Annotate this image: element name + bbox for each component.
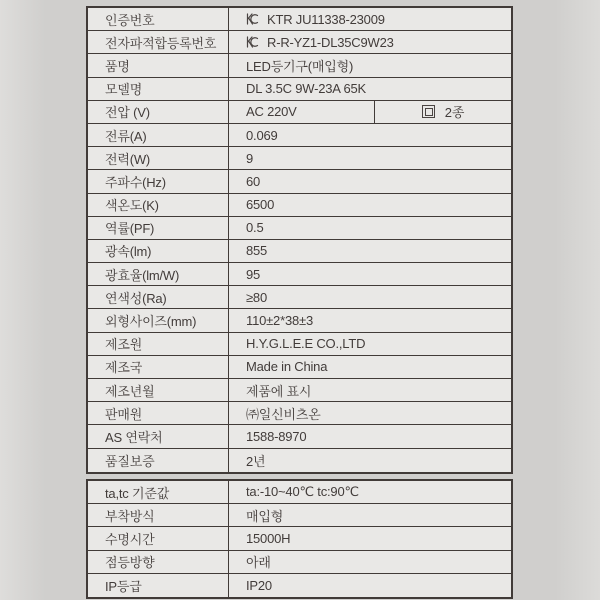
row-value: 0.5 xyxy=(229,217,511,239)
row-label: 제조년월 xyxy=(88,379,229,401)
row-value: 9 xyxy=(229,147,511,169)
row-value: Made in China xyxy=(229,356,511,378)
row-label: 제조원 xyxy=(88,333,229,355)
row-value: 6500 xyxy=(229,194,511,216)
row-value: H.Y.G.L.E.E CO.,LTD xyxy=(229,333,511,355)
row-value: ≥80 xyxy=(229,286,511,308)
voltage-value: AC 220V xyxy=(229,101,375,123)
row-value: IP20 xyxy=(229,574,511,597)
table-row-emc-number: 전자파적합등록번호 R-R-YZ1-DL35C9W23 xyxy=(88,31,511,54)
row-value: 매입형 xyxy=(229,504,511,526)
table-row-lifetime: 수명시간 15000H xyxy=(88,527,511,550)
row-label: 제조국 xyxy=(88,356,229,378)
row-value: 855 xyxy=(229,240,511,262)
table-row-mfg-date: 제조년월 제품에 표시 xyxy=(88,379,511,402)
row-label: 모델명 xyxy=(88,78,229,100)
table-row-current: 전류(A) 0.069 xyxy=(88,124,511,147)
row-value: 95 xyxy=(229,263,511,285)
cert-number-text: KTR JU11338-23009 xyxy=(267,12,385,27)
row-label: 점등방향 xyxy=(88,551,229,573)
insulation-class-label: 2종 xyxy=(445,102,464,121)
row-label: 인증번호 xyxy=(88,8,229,30)
row-label: 전자파적합등록번호 xyxy=(88,31,229,53)
row-label: 광효율(lm/W) xyxy=(88,263,229,285)
emc-number-text: R-R-YZ1-DL35C9W23 xyxy=(267,35,394,50)
row-value: 1588-8970 xyxy=(229,425,511,447)
row-label: 품질보증 xyxy=(88,449,229,472)
table-row-ip-rating: IP등급 IP20 xyxy=(88,574,511,597)
row-label: 품명 xyxy=(88,54,229,76)
row-label: 수명시간 xyxy=(88,527,229,549)
table-row-dimensions: 외형사이즈(mm) 110±2*38±3 xyxy=(88,309,511,332)
table-row-power-factor: 역률(PF) 0.5 xyxy=(88,217,511,240)
row-value: 제품에 표시 xyxy=(229,379,511,401)
row-value: KTR JU11338-23009 xyxy=(229,8,511,30)
row-value: ta:-10~40℃ tc:90℃ xyxy=(229,481,511,503)
row-value: 0.069 xyxy=(229,124,511,146)
table-row-warranty: 품질보증 2년 xyxy=(88,449,511,472)
table-row-luminous-flux: 광속(lm) 855 xyxy=(88,240,511,263)
row-value: AC 220V 2종 xyxy=(229,101,511,123)
row-value: 110±2*38±3 xyxy=(229,309,511,331)
row-label: 전력(W) xyxy=(88,147,229,169)
row-label: 역률(PF) xyxy=(88,217,229,239)
row-label: 연색성(Ra) xyxy=(88,286,229,308)
table-row-product-name: 품명 LED등기구(매입형) xyxy=(88,54,511,77)
spec-label-sheet: 인증번호 KTR JU11338-23009 전자파적합등록번호 xyxy=(0,0,600,600)
table-row-frequency: 주파수(Hz) 60 xyxy=(88,170,511,193)
row-label: 주파수(Hz) xyxy=(88,170,229,192)
row-value: 아래 xyxy=(229,551,511,573)
table-row-as-contact: AS 연락처 1588-8970 xyxy=(88,425,511,448)
row-value: 60 xyxy=(229,170,511,192)
row-label: ta,tc 기준값 xyxy=(88,481,229,503)
row-label: AS 연락처 xyxy=(88,425,229,447)
kc-certification-icon xyxy=(246,36,259,48)
table-row-cri: 연색성(Ra) ≥80 xyxy=(88,286,511,309)
row-value: R-R-YZ1-DL35C9W23 xyxy=(229,31,511,53)
row-label: IP등급 xyxy=(88,574,229,597)
row-value: 2년 xyxy=(229,449,511,472)
row-label: 광속(lm) xyxy=(88,240,229,262)
table-row-light-direction: 점등방향 아래 xyxy=(88,551,511,574)
insulation-class-cell: 2종 xyxy=(375,101,511,123)
table-row-country: 제조국 Made in China xyxy=(88,356,511,379)
row-label: 전압 (V) xyxy=(88,101,229,123)
product-spec-table: 인증번호 KTR JU11338-23009 전자파적합등록번호 xyxy=(86,6,513,474)
table-row-seller: 판매원 ㈜일신비츠온 xyxy=(88,402,511,425)
table-row-voltage: 전압 (V) AC 220V 2종 xyxy=(88,101,511,124)
row-value: 15000H xyxy=(229,527,511,549)
row-value: LED등기구(매입형) xyxy=(229,54,511,76)
table-row-model-name: 모델명 DL 3.5C 9W-23A 65K xyxy=(88,78,511,101)
table-row-power: 전력(W) 9 xyxy=(88,147,511,170)
table-row-ta-tc: ta,tc 기준값 ta:-10~40℃ tc:90℃ xyxy=(88,481,511,504)
table-row-efficacy: 광효율(lm/W) 95 xyxy=(88,263,511,286)
kc-certification-icon xyxy=(246,13,259,25)
thermal-spec-table: ta,tc 기준값 ta:-10~40℃ tc:90℃ 부착방식 매입형 수명시… xyxy=(86,479,513,599)
row-value: ㈜일신비츠온 xyxy=(229,402,511,424)
table-row-color-temp: 색온도(K) 6500 xyxy=(88,194,511,217)
row-label: 색온도(K) xyxy=(88,194,229,216)
row-label: 판매원 xyxy=(88,402,229,424)
voltage-split-cell: AC 220V 2종 xyxy=(229,101,511,123)
class-2-double-square-icon xyxy=(422,105,435,118)
table-row-manufacturer: 제조원 H.Y.G.L.E.E CO.,LTD xyxy=(88,333,511,356)
row-label: 전류(A) xyxy=(88,124,229,146)
table-row-cert-number: 인증번호 KTR JU11338-23009 xyxy=(88,8,511,31)
row-label: 부착방식 xyxy=(88,504,229,526)
row-value: DL 3.5C 9W-23A 65K xyxy=(229,78,511,100)
row-label: 외형사이즈(mm) xyxy=(88,309,229,331)
table-row-mounting: 부착방식 매입형 xyxy=(88,504,511,527)
